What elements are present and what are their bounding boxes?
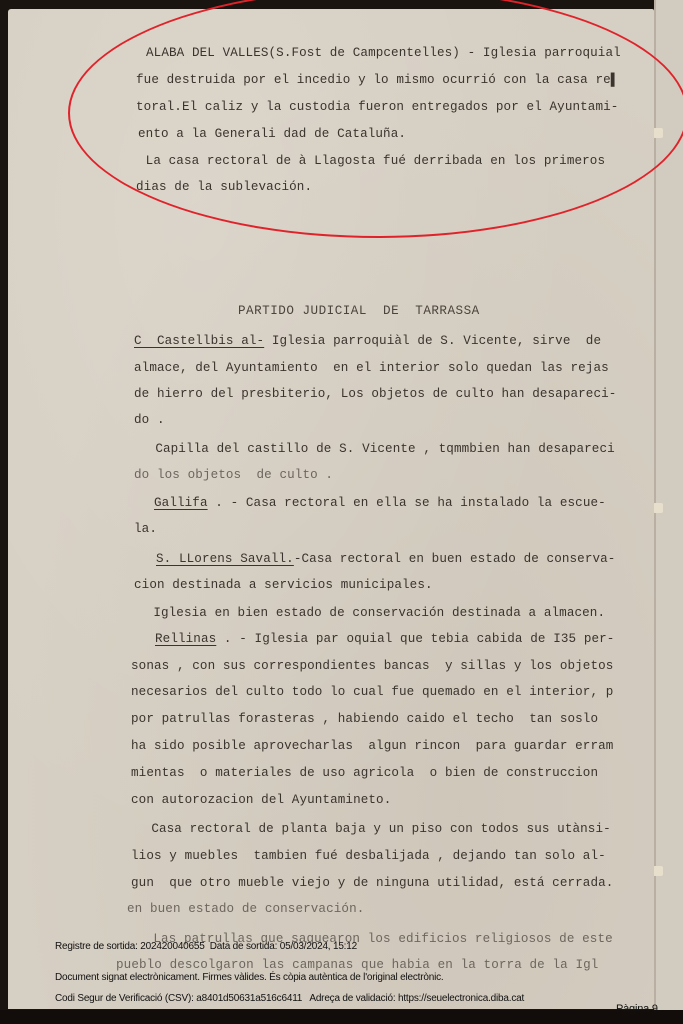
text-line: do . [134,413,165,427]
text-line: La casa rectoral de à Llagosta fué derri… [138,154,605,168]
text-line: sonas , con sus correspondientes bancas … [131,659,613,673]
text-line: fue destruida por el incedio y lo mismo … [136,73,618,87]
place-name-gallifa: Gallifa [154,496,208,510]
registre-sortida-text: Registre de sortida: 202420040655 Data d… [55,941,357,952]
scan-bottom-edge [0,1010,683,1024]
text-line: necesarios del culto todo lo cual fue qu… [131,685,613,699]
text-line: gun que otro mueble viejo y de ninguna u… [131,876,613,890]
text-line: por patrullas forasteras , habiendo caid… [131,712,598,726]
text-line: do los objetos de culto . [134,468,333,482]
text-line: almace, del Ayuntamiento en el interior … [134,361,609,375]
entry-castellbisbal-line: C Castellbis al- Iglesia parroquiàl de S… [134,334,601,348]
place-name-rellinas: Rellinas [155,632,216,646]
page-number: Pàgina 9 [616,1003,658,1015]
text-line: de hierro del presbiterio, Los objetos d… [134,387,616,401]
entry-rellinas-line: Rellinas . - Iglesia par oquial que tebi… [155,632,614,646]
text-line: cion destinada a servicios municipales. [134,578,433,592]
csv-validation-line: Codi Segur de Verificació (CSV): a8401d5… [55,993,524,1004]
text-line: pueblo descolgaron las campanas que habi… [116,958,598,972]
text-line: mientas o materiales de uso agricola o b… [131,766,598,780]
section-heading: PARTIDO JUDICIAL DE TARRASSA [238,304,480,318]
text-line: Iglesia en bien estado de conservación d… [138,606,605,620]
adjacent-page-strip [654,0,683,1010]
place-name-sant-llorenc: S. LLorens Savall. [156,552,294,566]
binding-staple [653,503,663,513]
text-line: en buen estado de conservación. [127,902,364,916]
entry-gallifa-line: Gallifa . - Casa rectoral en ella se ha … [154,496,606,510]
text-line: con autorozacion del Ayuntamineto. [131,793,391,807]
text-line: ha sido posible aprovecharlas algun rinc… [131,739,613,753]
text-line: Capilla del castillo de S. Vicente , tqm… [140,442,615,456]
text-line: ALABA DEL VALLES(S.Fost de Campcentelles… [146,46,621,60]
text-line: Casa rectoral de planta baja y un piso c… [136,822,611,836]
place-name-castellbisbal: C Castellbis al- [134,334,264,348]
text-line: lios y muebles tambien fué desbalijada ,… [131,849,606,863]
text-line: dias de la sublevación. [136,180,312,194]
text-line: toral.El caliz y la custodia fueron entr… [136,100,618,114]
text-line: la. [134,522,157,536]
binding-staple [653,128,663,138]
binding-staple [653,866,663,876]
text-line: ento a la Generali dad de Cataluña. [138,127,406,141]
signed-document-notice: Document signat electrònicament. Firmes … [55,972,444,983]
entry-sant-llorenc-line: S. LLorens Savall.-Casa rectoral en buen… [156,552,615,566]
